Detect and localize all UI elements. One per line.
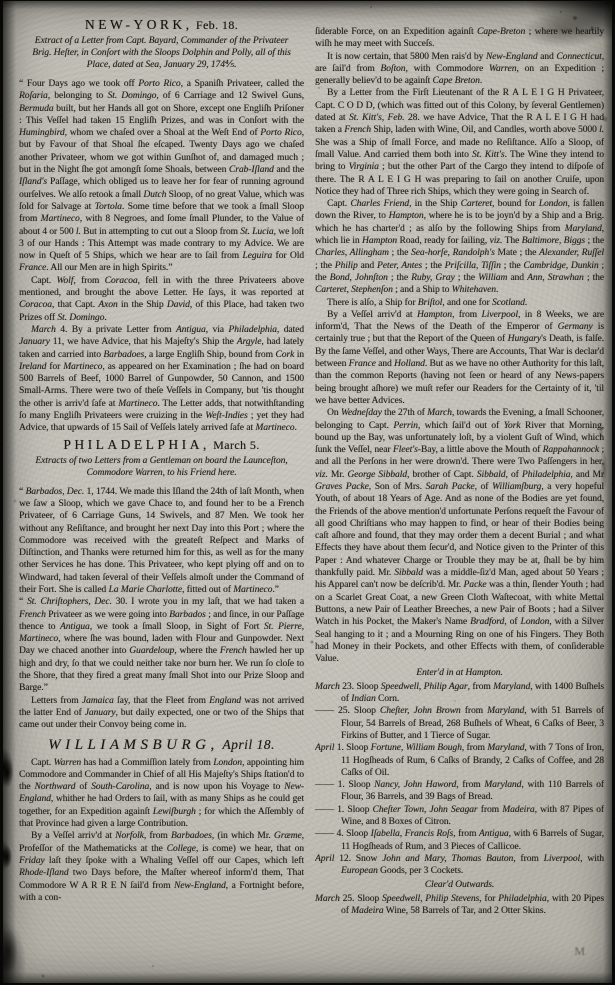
newspaper-scan: NEW-YORK, Feb. 18. Extract of a Letter f… bbox=[0, 0, 615, 985]
ship-entry: —— 25. Sloop Cheſter, John Brown from Ma… bbox=[315, 705, 604, 742]
article-paragraph: Capt. Charles Friend, in the Ship Carter… bbox=[315, 198, 604, 296]
article-paragraph: It is now certain, that 5800 Men rais'd … bbox=[315, 51, 604, 88]
article-paragraph: There is alſo, a Ship for Briſtol, and o… bbox=[315, 297, 604, 309]
article-paragraph: By a Veſſel arriv'd at Norfolk, from Bar… bbox=[19, 830, 304, 904]
article-paragraph: March 4. By a private Letter from Antigu… bbox=[19, 324, 304, 435]
section-heading-williamsburg: WILLIAMSBURG, April 18. bbox=[19, 735, 304, 755]
article-paragraph: ſiderable Force, on an Expedition againſ… bbox=[315, 26, 604, 51]
left-column: NEW-YORK, Feb. 18. Extract of a Letter f… bbox=[19, 15, 304, 973]
heading-city: NEW-YORK, bbox=[85, 17, 193, 32]
article-paragraph: “ St. Chriſtophers, Dec. 30. I wrote you… bbox=[19, 596, 304, 694]
heading-date: Feb. 18. bbox=[196, 18, 238, 32]
article-paragraph: “ Four Days ago we took off Porto Rico, … bbox=[19, 78, 304, 275]
ship-entry: April 1. Sloop Fortune, William Bough, f… bbox=[315, 742, 604, 779]
heading-city: PHILADELPHIA, bbox=[63, 437, 209, 452]
heading-date: March 5. bbox=[213, 438, 260, 452]
section-heading-philadelphia: PHILADELPHIA, March 5. bbox=[19, 436, 304, 454]
letter-subhead: Extracts of two Letters from a Gentleman… bbox=[25, 455, 298, 479]
right-column: ſiderable Force, on an Expedition againſ… bbox=[315, 15, 604, 973]
ship-entry: March 25. Sloop Speedwell, Philip Steven… bbox=[315, 893, 604, 918]
article-paragraph: On Wedneſday the 27th of March, towards … bbox=[315, 407, 604, 665]
section-heading-new-york: NEW-YORK, Feb. 18. bbox=[19, 16, 304, 34]
article-paragraph: Capt. Warren has had a Commiſſion lately… bbox=[19, 757, 304, 831]
article-paragraph: Capt. Wolf, from Coracoa, fell in with t… bbox=[19, 275, 304, 324]
ship-entry: —— 4. Sloop Iſabella, Francis Roſs, from… bbox=[315, 828, 604, 853]
ship-entry: March 23. Sloop Speedwell, Philip Agar, … bbox=[315, 681, 604, 706]
letter-subhead: Extract of a Letter from Capt. Bayard, C… bbox=[25, 35, 298, 71]
heading-date: April 18. bbox=[222, 737, 275, 752]
ship-entry: —— 1. Sloop Nancy, John Haword, from Mar… bbox=[315, 779, 604, 804]
article-paragraph: “ Barbados, Dec. 1, 1744. We made this I… bbox=[19, 486, 304, 597]
cleared-outwards-heading: Clear'd Outwards. bbox=[315, 879, 604, 891]
ship-entry: —— 1. Sloop Cheſter Town, John Seagar fr… bbox=[315, 804, 604, 829]
newspaper-page: NEW-YORK, Feb. 18. Extract of a Letter f… bbox=[3, 1, 612, 983]
entered-in-heading: Enter'd in at Hampton. bbox=[315, 667, 604, 679]
heading-city: WILLIAMSBURG, bbox=[48, 737, 219, 753]
article-paragraph: By a Veſſel arriv'd at Hampton, from Liv… bbox=[315, 309, 604, 407]
article-paragraph: By a Letter from the Firſt Lieutenant of… bbox=[315, 87, 604, 198]
ship-entry: April 12. Snow John and Mary, Thomas Bau… bbox=[315, 853, 604, 878]
article-paragraph: Letters from Jamaica ſay, that the Fleet… bbox=[19, 695, 304, 732]
page-catchword: M bbox=[574, 944, 586, 959]
